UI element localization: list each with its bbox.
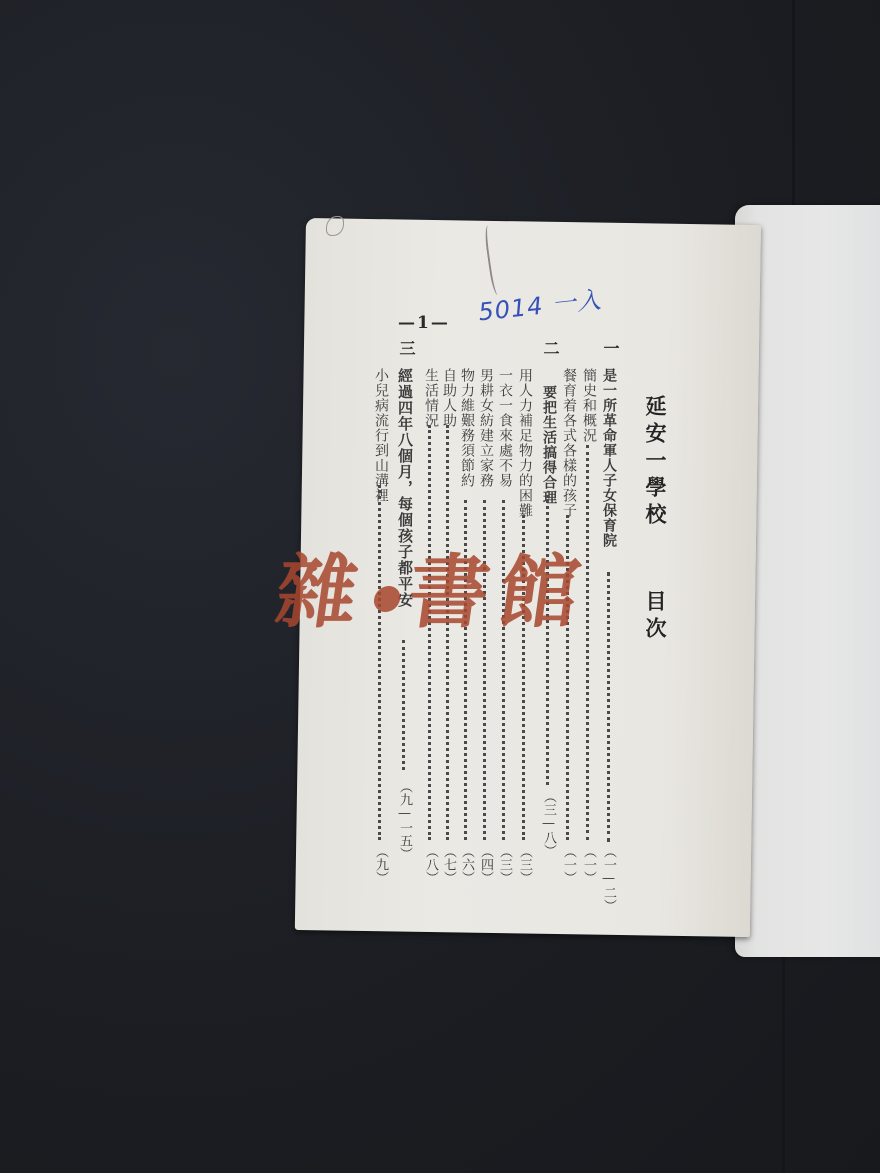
leader-dots	[402, 640, 405, 770]
entry-pages: （八）	[421, 845, 440, 884]
entry-pages: （一）	[559, 845, 578, 884]
section-number: 一	[599, 340, 622, 356]
toc-entry[interactable]: 用人力補足物力的困難	[515, 368, 535, 518]
section-pages: （一—二）	[599, 845, 618, 912]
toc-entry[interactable]: 物力維艱務須節約	[457, 368, 477, 488]
toc-entry[interactable]: 小兒病流行到山溝裡	[371, 368, 391, 503]
book-title: 延安一學校	[640, 395, 670, 530]
entry-pages: （六）	[457, 845, 476, 884]
background-cloth-seam	[792, 0, 795, 215]
background-cloth-seam	[782, 955, 785, 1173]
entry-pages: （三）	[495, 845, 514, 884]
toc-entry[interactable]: 自助人助	[439, 368, 459, 428]
section-pages: （三—八）	[539, 790, 558, 857]
toc-entry[interactable]: 一衣一食來處不易	[495, 368, 515, 488]
leader-dots	[607, 572, 610, 842]
section-number: 三	[395, 340, 418, 356]
entry-pages: （七）	[439, 845, 458, 884]
section-pages: （九—一五）	[395, 780, 414, 860]
watermark-char: 書	[402, 545, 505, 639]
entry-pages: （九）	[371, 845, 390, 884]
watermark-char: 雜	[270, 545, 373, 639]
section-title[interactable]: 是一所革命軍人子女保育院	[599, 368, 619, 548]
watermark-char: 館	[492, 545, 595, 639]
watermark-stamp: 雜書館	[270, 528, 598, 643]
watermark-dot	[372, 586, 402, 612]
page-number: —1—	[398, 313, 450, 333]
entry-pages: （一）	[579, 845, 598, 884]
toc-entry[interactable]: 簡史和概況	[579, 368, 599, 443]
leader-dots	[586, 445, 589, 840]
toc-entry[interactable]: 男耕女紡建立家務	[476, 368, 496, 488]
toc-entry[interactable]: 餐育着各式各樣的孩子	[559, 368, 579, 518]
section-number: 二	[539, 340, 562, 356]
entry-pages: （三）	[515, 845, 534, 884]
toc-entry[interactable]: 生活情況	[421, 368, 441, 428]
entry-pages: （四）	[476, 845, 495, 884]
section-title[interactable]: 要把生活搞得合理	[539, 385, 559, 505]
toc-heading: 目次	[640, 590, 670, 644]
